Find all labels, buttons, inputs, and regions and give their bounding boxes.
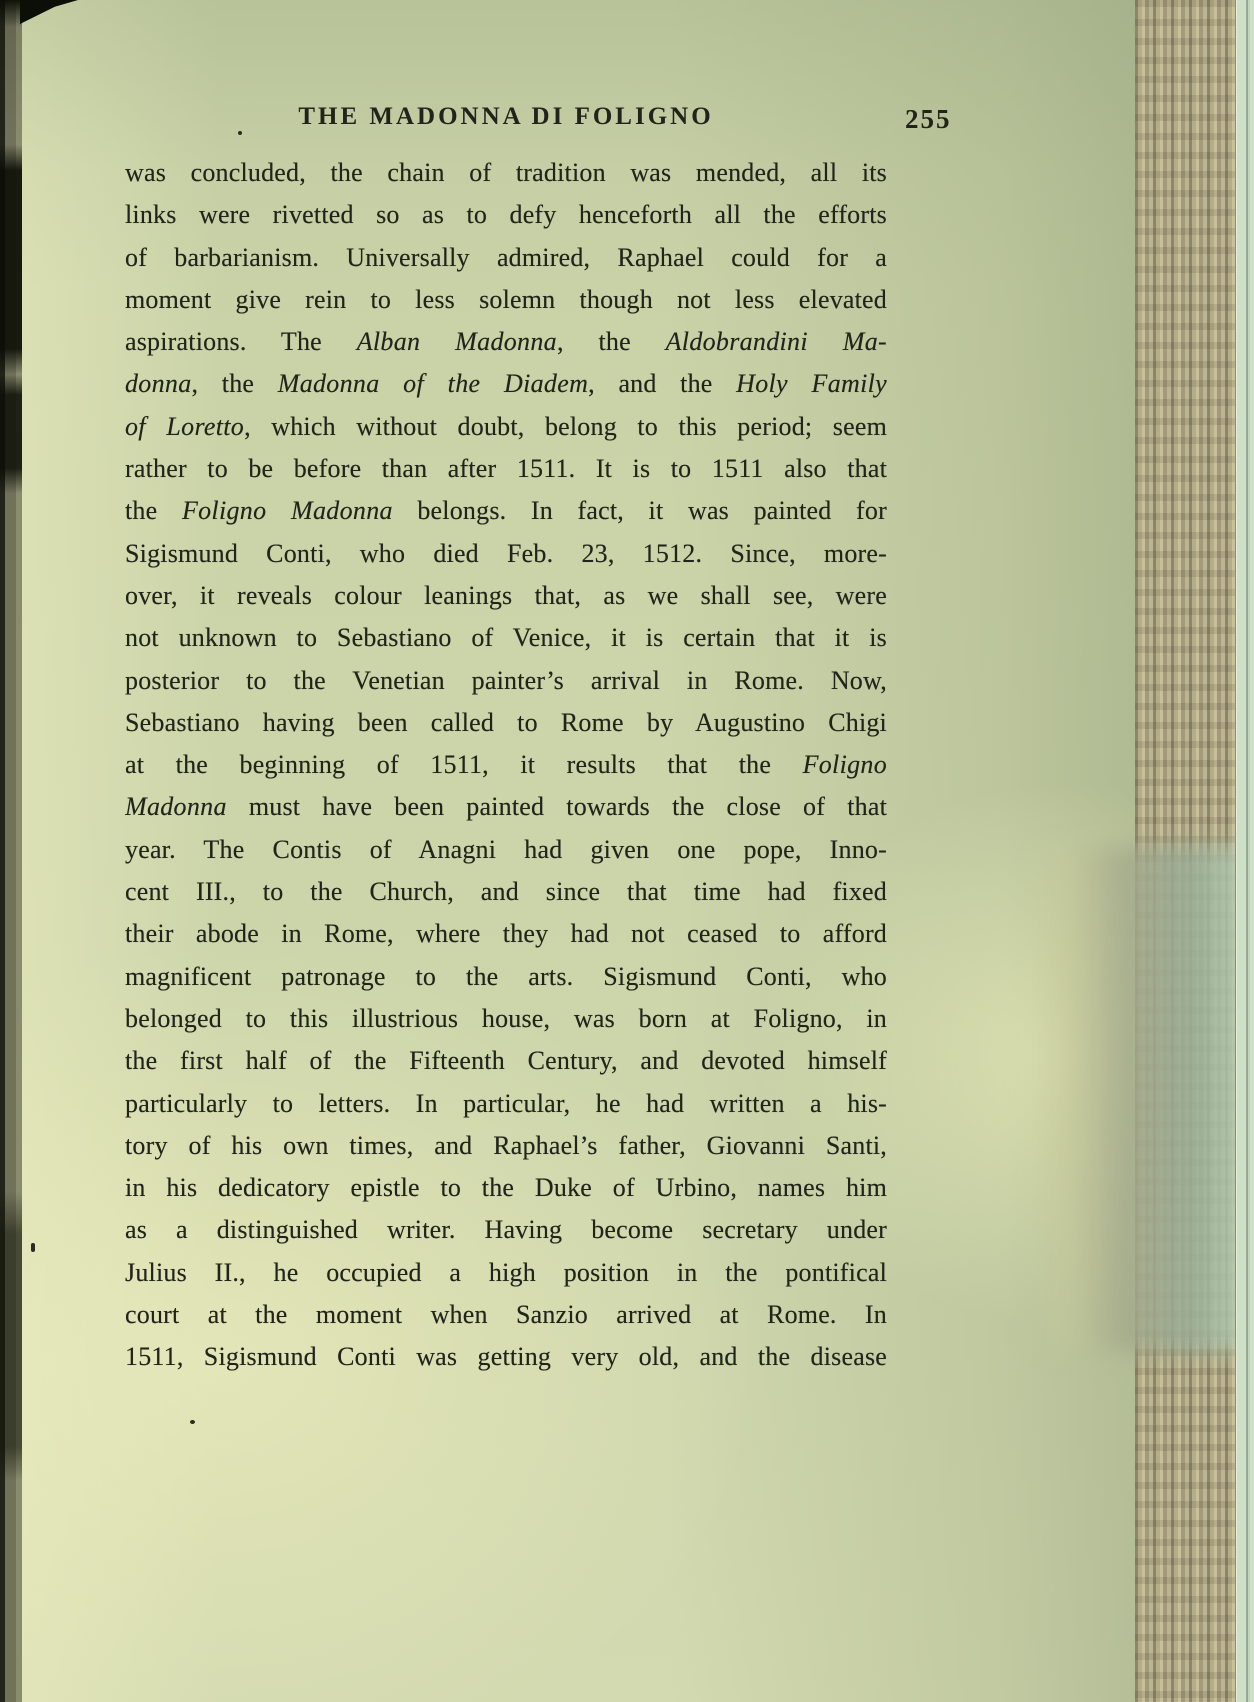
text-line: posterior to the Venetian painter’s arri…: [125, 660, 887, 702]
paper-speck: [31, 1243, 35, 1252]
text-line: their abode in Rome, where they had not …: [125, 913, 887, 955]
text-line: of barbarianism. Universally admired, Ra…: [125, 237, 887, 279]
text-line: donna, the Madonna of the Diadem, and th…: [125, 363, 887, 405]
text-block: was concluded, the chain of tradition wa…: [125, 152, 887, 1379]
photo-blur-artifact: [1028, 846, 1254, 1352]
text-line: rather to be before than after 1511. It …: [125, 448, 887, 490]
text-line: 1511, Sigismund Conti was getting very o…: [125, 1336, 887, 1378]
book-page-photo: THE MADONNA DI FOLIGNO 255 was concluded…: [0, 0, 1254, 1702]
text-line: year. The Contis of Anagni had given one…: [125, 829, 887, 871]
text-line: as a distinguished writer. Having become…: [125, 1209, 887, 1251]
text-line: Julius II., he occupied a high position …: [125, 1252, 887, 1294]
text-line: not unknown to Sebastiano of Venice, it …: [125, 617, 887, 659]
text-line: the Foligno Madonna belongs. In fact, it…: [125, 490, 887, 532]
text-line: Sebastiano having been called to Rome by…: [125, 702, 887, 744]
text-line: aspirations. The Alban Madonna, the Aldo…: [125, 321, 887, 363]
back-cover-edge: [1235, 0, 1254, 1702]
text-line: was concluded, the chain of tradition wa…: [125, 152, 887, 194]
text-line: belonged to this illustrious house, was …: [125, 998, 887, 1040]
text-line: at the beginning of 1511, it results tha…: [125, 744, 887, 786]
text-line: court at the moment when Sanzio arrived …: [125, 1294, 887, 1336]
text-line: over, it reveals colour leanings that, a…: [125, 575, 887, 617]
text-line: Madonna must have been painted towards t…: [125, 786, 887, 828]
paper-speck: [238, 131, 242, 135]
text-line: cent III., to the Church, and since that…: [125, 871, 887, 913]
text-line: of Loretto, which without doubt, belong …: [125, 406, 887, 448]
text-line: in his dedicatory epistle to the Duke of…: [125, 1167, 887, 1209]
book-page: THE MADONNA DI FOLIGNO 255 was concluded…: [20, 0, 1135, 1702]
text-line: particularly to letters. In particular, …: [125, 1083, 887, 1125]
page-number: 255: [905, 104, 952, 135]
text-line: tory of his own times, and Raphael’s fat…: [125, 1125, 887, 1167]
text-line: magnificent patronage to the arts. Sigis…: [125, 956, 887, 998]
text-line: the first half of the Fifteenth Century,…: [125, 1040, 887, 1082]
binding-gutter-shadow: [0, 0, 22, 1702]
text-line: links were rivetted so as to defy hencef…: [125, 194, 887, 236]
paper-speck: [190, 1420, 195, 1424]
text-line: Sigismund Conti, who died Feb. 23, 1512.…: [125, 533, 887, 575]
running-title: THE MADONNA DI FOLIGNO: [125, 103, 887, 131]
text-line: moment give rein to less solemn though n…: [125, 279, 887, 321]
